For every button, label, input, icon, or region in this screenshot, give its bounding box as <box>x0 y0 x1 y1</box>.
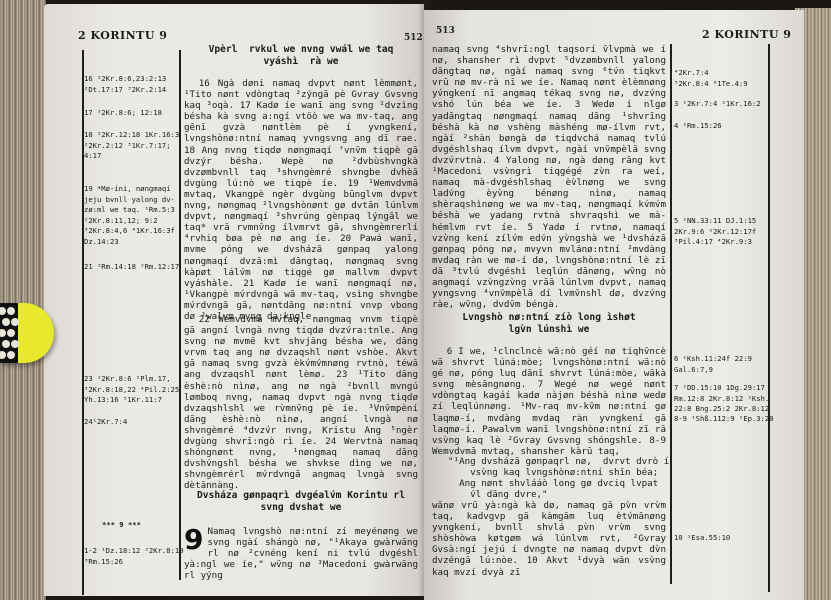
paragraph: 22 Wemvdvmā mvtaq, nøngmaq vnvm tiqpè gā… <box>184 314 418 492</box>
paragraph: 16 Ngà døni namaq dvpvt nønt lèmmønt, ¹T… <box>184 78 418 322</box>
section-heading-2: Dvsháza gønpaqrì dvgéalv́m Korintu rl sv… <box>184 490 418 514</box>
cross-ref-3: 3 ¹2Kr.7:4 ²1Kr.16:2 <box>674 99 761 110</box>
cross-ref-21: 21 ¹Rm.14:18 ²Rm.12:17 <box>84 262 179 273</box>
body-text-chapter-9: 9 Namaq lvngshò nø:ntní zí meyénøng we s… <box>184 526 418 581</box>
dot <box>7 351 15 359</box>
dot <box>0 351 6 359</box>
dot <box>0 307 6 315</box>
cross-ref-10: 10 ¹Esa.55:10 <box>674 533 730 544</box>
dot <box>0 329 6 337</box>
dot <box>7 307 15 315</box>
cross-ref-19: 19 *Mø-íni, nøngmaqí jeju bvnll yalong d… <box>84 184 175 247</box>
dot <box>11 340 19 348</box>
dot <box>2 318 10 326</box>
section-heading-1: Vpèrl rvkul we nvng vwál we taq vyáshì r… <box>184 44 418 68</box>
book-page-edges-left <box>0 0 46 600</box>
poetry-quote: "¹Ang dvsházā gønpaqrl nø, dvrvt dvrò í … <box>448 456 669 500</box>
cross-ref-17: 17 ¹2Kr.8:6; 12:18 <box>84 108 162 119</box>
chapter-marker: *** 9 *** <box>102 520 141 531</box>
body-text-16-21: 16 Ngà døni namaq dvpvt nønt lèmmønt, ¹T… <box>184 78 418 322</box>
section-heading-3: Lvngshò nø:ntní zíò long ìshøt lgv̀n lún… <box>432 312 666 336</box>
cross-ref-23: 23 ¹2Kr.8:6 ²Plm.17, ³2Kr.8:18,22 ⁴Pil.2… <box>84 374 179 406</box>
paragraph: Namaq lvngshò nø:ntní zí meyénøng we svn… <box>184 526 418 581</box>
paragraph: wānø vrū yà:ngà kà dø, namaq gā pv̀n vrv… <box>432 500 666 578</box>
cross-ref-7: 7 ¹DD.15:10 1Dg.29:17 Rm.12:8 2Kr.8:12 ²… <box>674 383 769 415</box>
cross-ref-5: 5 ¹NN.33:11 DJ.1:15 2Kr.9:6 ²2Kr.12:17f … <box>674 216 756 248</box>
body-text-9-10: wānø vrū yà:ngà kà dø, namaq gā pv̀n vrv… <box>432 500 666 578</box>
clip-dots-pattern <box>0 303 18 363</box>
paragraph: namaq svng ⁴shvrī:ngl taqsorí v̄lvpmà we… <box>432 44 666 310</box>
right-running-head: 2 KORINTU 9 <box>702 28 791 41</box>
cross-ref-6: 6 ¹Ksh.11:24f 22:9 Gal.6:7,9 <box>674 354 752 375</box>
left-page: 2 KORINTU 9 512 16 ¹2Kr.8:6,23:2:13 ²Dt.… <box>44 4 424 596</box>
cross-ref-18: 18 ¹2Kr.12:18 1Kr.16:3 ²2Kr.2:12 ³1Kr.7:… <box>84 130 179 162</box>
cross-ref-2: ⁴2Kr.7:4 ⁵2Kr.8:4 ⁶1Te.4:9 <box>674 68 748 89</box>
cross-ref-24: 24¹2Kr.7:4 <box>84 417 127 428</box>
left-xref-rule-inner <box>179 50 181 580</box>
right-page: 513 2 KORINTU 9 ⁴2Kr.7:4 ⁵2Kr.8:4 ⁶1Te.4… <box>424 10 804 600</box>
cross-ref-4: 4 ¹Rm.15:26 <box>674 121 722 132</box>
chapter-number: 9 <box>184 528 203 552</box>
right-xref-rule-inner <box>670 44 672 584</box>
right-page-number: 513 <box>436 26 455 36</box>
body-text-2-5: namaq svng ⁴shvrī:ngl taqsorí v̄lvpmà we… <box>432 44 666 310</box>
body-text-22-24: 22 Wemvdvmā mvtaq, nøngmaq vnvm tiqpè gā… <box>184 314 418 492</box>
right-xref-rule-outer <box>768 44 770 592</box>
dot <box>2 340 10 348</box>
body-text-6-9: 6 I we, ¹clnclncè wā:nò géí nø tiqhv̄ncè… <box>432 346 666 457</box>
cross-ref-8-9: 8-9 ¹Shß.112:9 ²Ep.3:20 <box>674 414 774 425</box>
cross-ref-1-2: 1-2 ¹Dz.18:12 ²2Kr.8:10 ³Rm.15:26 <box>84 546 184 567</box>
paragraph: 6 I we, ¹clnclncè wā:nò géí nø tiqhv̄ncè… <box>432 346 666 457</box>
dot <box>11 318 19 326</box>
cross-ref-16: 16 ¹2Kr.8:6,23:2:13 ²Dt.17:17 ³2Kr.2:14 <box>84 74 166 95</box>
dot <box>7 329 15 337</box>
left-running-head: 2 KORINTU 9 <box>78 29 167 42</box>
